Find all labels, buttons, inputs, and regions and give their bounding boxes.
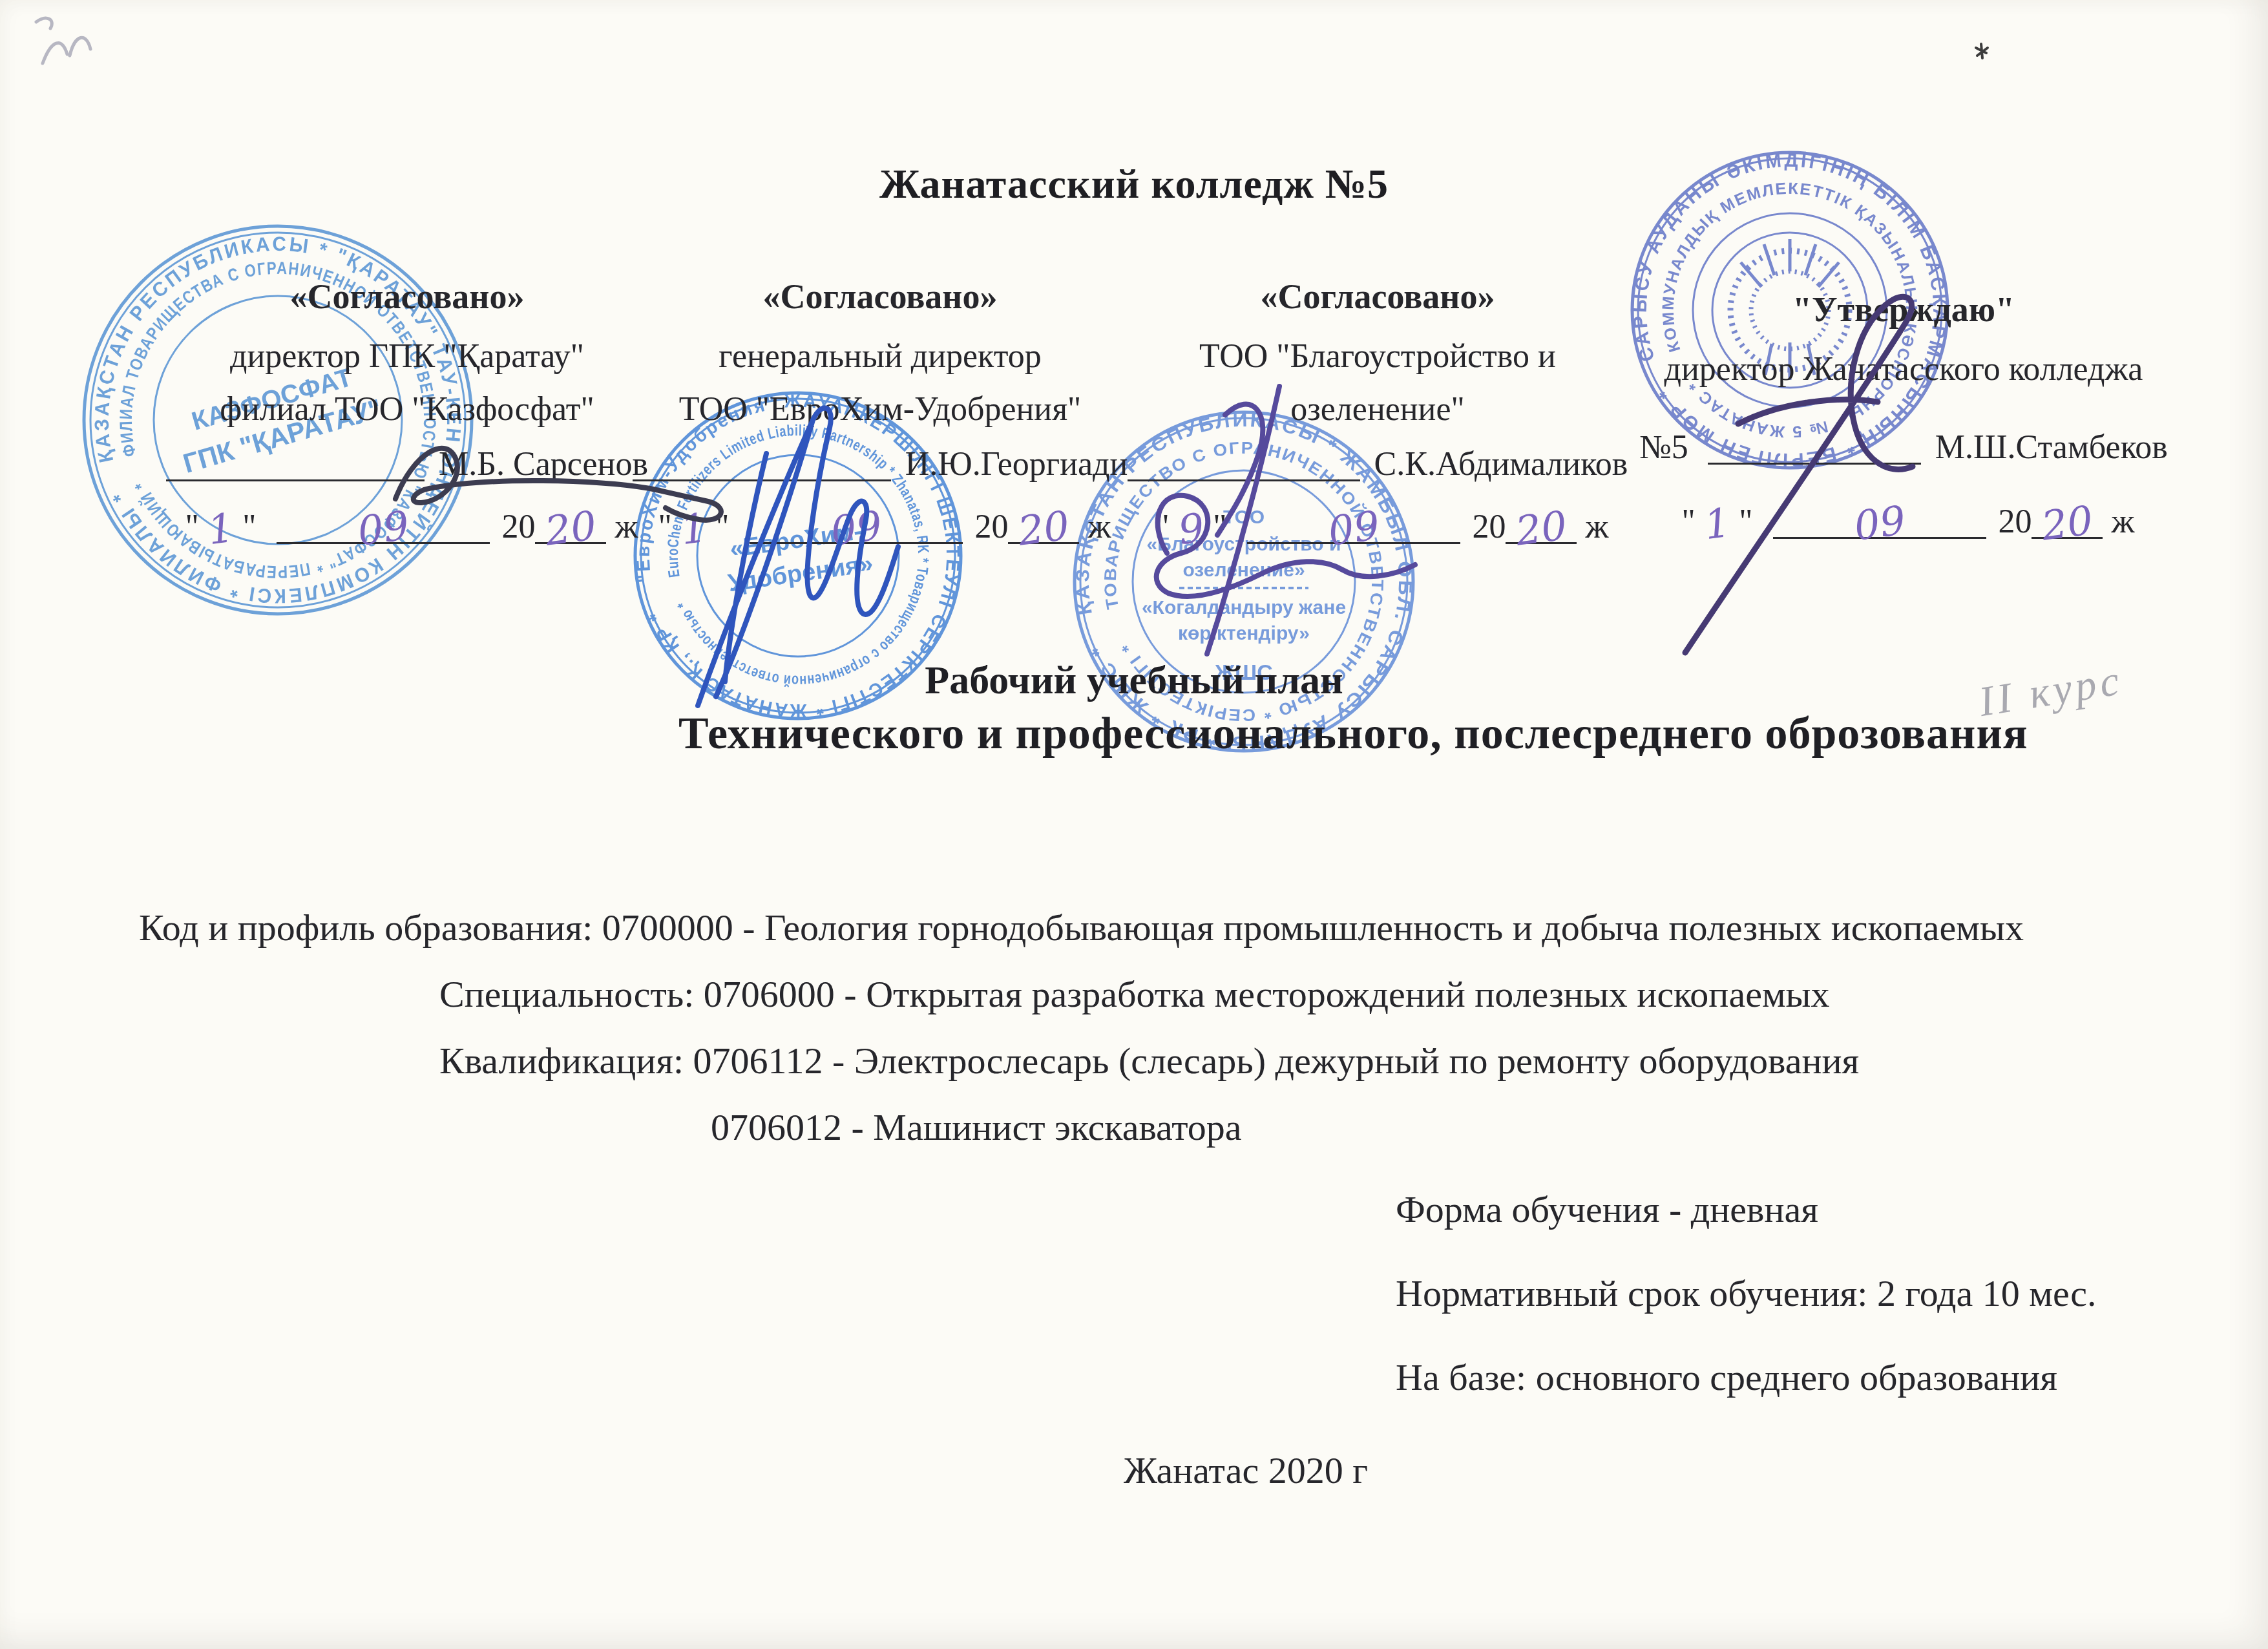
approval-label: "Утверждаю" <box>1561 292 2246 327</box>
handwritten-month: 09 <box>1853 500 1908 546</box>
signature-line <box>166 446 425 481</box>
footer-city-year: Жанатас 2020 г <box>0 1449 2268 1492</box>
scanned-document-page: ҚАЗАҚСТАН РЕСПУБЛИКАСЫ * "ҚАРАТАУ" ТАУ-К… <box>0 0 2268 1649</box>
approval-line: директор Жанатасского колледжа <box>1561 353 2246 386</box>
month-blank: 09 <box>750 503 963 544</box>
institution-title: Жанатасский колледж №5 <box>0 160 2268 208</box>
handwritten-day: 1 <box>1702 503 1732 545</box>
approver-name: М.Ш.Стамбеков <box>1935 431 2168 465</box>
signature-line <box>1128 446 1360 481</box>
study-base-line: На базе: основного среднего образования <box>1396 1356 2057 1399</box>
month-blank: 09 <box>277 503 490 544</box>
svg-text:көріктендіру»: көріктендіру» <box>1178 623 1310 644</box>
handwritten-month: 09 <box>1327 505 1382 551</box>
study-form-line: Форма обучения - дневная <box>1396 1188 1818 1231</box>
study-duration-line: Нормативный срок обучения: 2 года 10 мес… <box>1396 1272 2096 1315</box>
code-profile-line: Код и профиль образования: 0700000 - Гео… <box>139 906 2024 949</box>
handwritten-day: 1 <box>205 508 236 551</box>
handwritten-year: 20 <box>2040 500 2095 546</box>
qualification-line-2: 0706012 - Машинист экскаватора <box>711 1106 1242 1149</box>
college-number: №5 <box>1639 431 1688 465</box>
month-blank: 09 <box>1773 498 1986 539</box>
qualification-line-1: Квалификация: 0706112 - Электрослесарь (… <box>439 1039 1859 1082</box>
specialty-line: Специальность: 0706000 - Открытая разраб… <box>439 972 1830 1016</box>
handwritten-month: 09 <box>356 505 412 551</box>
ink-speck-top-right <box>1976 44 1988 58</box>
signature-line <box>1708 429 1921 465</box>
document-title: Рабочий учебный план <box>0 658 2268 704</box>
svg-text:«Когалдандыру жане: «Когалдандыру жане <box>1142 597 1346 618</box>
pencil-scribble-top-left <box>36 18 90 63</box>
signature-name-row: №5 М.Ш.Стамбеков <box>1561 429 2246 465</box>
svg-text:озеленение»: озеленение» <box>1182 560 1305 581</box>
month-blank: 09 <box>1247 503 1460 544</box>
handwritten-day: 1 <box>678 508 709 551</box>
date-line: "1"092020 ж <box>1561 498 2246 539</box>
signature-line <box>633 446 891 481</box>
approval-block-director: "Утверждаю" директор Жанатасского коллед… <box>1561 292 2246 539</box>
year-blank: 20 <box>2032 498 2103 539</box>
handwritten-month: 09 <box>829 505 885 551</box>
handwritten-day: 9 <box>1176 508 1206 551</box>
